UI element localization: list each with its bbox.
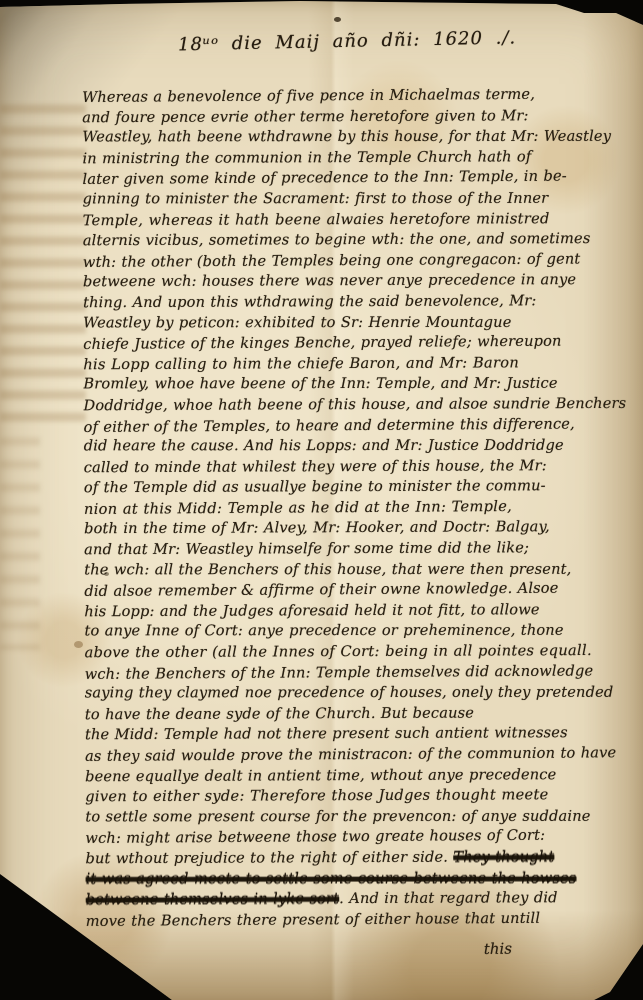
- manuscript-line: alternis vicibus, sometimes to begine wt…: [83, 229, 638, 252]
- text-segment: move the Benchers there present of eithe…: [86, 910, 540, 930]
- manuscript-line: Weastley, hath beene wthdrawne by this h…: [82, 127, 637, 148]
- manuscript-line: but wthout prejudice to the right of eit…: [85, 847, 640, 870]
- text-segment: the wch: all the Benchers of this house,…: [84, 560, 571, 578]
- manuscript-line: Weastley by peticon: exhibited to Sr: He…: [83, 312, 638, 333]
- text-segment: and that Mr: Weastley himselfe for some …: [84, 539, 529, 558]
- manuscript-line: given to either syde: Therefore those Ju…: [85, 785, 640, 808]
- text-segment: both in the time of Mr: Alvey, Mr: Hooke…: [84, 519, 550, 538]
- manuscript-line: thing. And upon this wthdrawing the said…: [83, 291, 638, 314]
- manuscript-line: did alsoe remember & affirme of their ow…: [84, 578, 639, 602]
- manuscript-line: as they said woulde prove the ministraco…: [85, 743, 640, 767]
- manuscript-line: Temple, whereas it hath beene alwaies he…: [83, 208, 638, 231]
- manuscript-line: move the Benchers there present of eithe…: [86, 908, 641, 932]
- text-segment: but wthout prejudice to the right of eit…: [85, 849, 453, 868]
- text-segment: ginning to minister the Sacrament: first…: [83, 190, 549, 208]
- manuscript-line: to settle some present course for the pr…: [85, 806, 640, 827]
- text-segment: his Lopp: and the Judges aforesaid held …: [84, 601, 539, 620]
- text-segment: Doddridge, whoe hath beene of this house…: [83, 395, 626, 414]
- text-segment: alternis vicibus, sometimes to begine wt…: [83, 230, 591, 249]
- manuscript-line: of either of the Temples, to heare and d…: [84, 414, 639, 438]
- text-segment: Weastley, hath beene wthdrawne by this h…: [82, 128, 611, 146]
- manuscript-line: his Lopp: and the Judges aforesaid held …: [84, 600, 639, 623]
- text-segment: . And in that regard they did: [339, 889, 558, 907]
- text-segment: Whereas a benevolence of five pence in M…: [82, 86, 535, 106]
- manuscript-line: to have the deane syde of the Church. Bu…: [85, 703, 640, 726]
- manuscript-line: it was agreed meete to settle some cours…: [86, 868, 641, 889]
- text-segment: the Midd: Temple had not there present s…: [85, 725, 568, 744]
- text-segment: to settle some present course for the pr…: [85, 808, 590, 826]
- text-segment: and foure pence evrie other terme hereto…: [82, 107, 528, 126]
- manuscript-line: nion at this Midd: Temple as he did at t…: [84, 496, 639, 520]
- manuscript-body: Whereas a benevolence of five pence in M…: [82, 85, 641, 947]
- text-segment: wch: the Benchers of the Inn: Temple the…: [85, 662, 594, 683]
- date-heading: 18ᵘᵒ die Maij año dñi: 1620 ./.: [178, 26, 598, 56]
- text-segment: Temple, whereas it hath beene alwaies he…: [83, 210, 550, 229]
- text-segment: Bromley, whoe have beene of the Inn: Tem…: [83, 375, 557, 393]
- text-segment: did alsoe remember & affirme of their ow…: [84, 580, 558, 600]
- text-segment: wth: the other (both the Temples being o…: [83, 250, 581, 270]
- verso-bleedthrough: [0, 98, 86, 428]
- manuscript-line: chiefe Justice of the kinges Benche, pra…: [83, 331, 638, 355]
- manuscript-line: Whereas a benevolence of five pence in M…: [82, 85, 637, 109]
- struck-text-segment: betweene themselves in lyke sort: [86, 890, 340, 908]
- text-segment: later given some kinde of precedence to …: [82, 168, 566, 188]
- manuscript-line: saying they claymed noe precedence of ho…: [85, 683, 640, 704]
- text-segment: chiefe Justice of the kinges Benche, pra…: [83, 333, 561, 353]
- text-segment: beene equallye dealt in antient time, wt…: [85, 766, 556, 785]
- struck-text-segment: it was agreed meete to settle some cours…: [86, 869, 577, 887]
- manuscript-line: his Lopp calling to him the chiefe Baron…: [83, 353, 638, 376]
- ink-speck: [334, 17, 341, 22]
- manuscript-line: later given some kinde of precedence to …: [82, 166, 637, 190]
- manuscript-line: to anye Inne of Cort: anye precedence or…: [84, 621, 639, 642]
- manuscript-line: both in the time of Mr: Alvey, Mr: Hooke…: [84, 517, 639, 540]
- stain-spot: [74, 641, 83, 648]
- text-segment: to have the deane syde of the Church. Bu…: [85, 704, 474, 723]
- manuscript-line: wch: might arise betweene those two grea…: [85, 825, 640, 849]
- manuscript-photo: 18ᵘᵒ die Maij año dñi: 1620 ./. Whereas …: [0, 0, 643, 1000]
- text-segment: above the other (all the Innes of Cort: …: [85, 642, 592, 661]
- manuscript-line: Doddridge, whoe hath beene of this house…: [83, 394, 638, 417]
- manuscript-line: of the Temple did as usuallye begine to …: [84, 476, 639, 499]
- text-segment: Weastley by peticon: exhibited to Sr: He…: [83, 313, 511, 331]
- manuscript-line: wth: the other (both the Temples being o…: [83, 249, 638, 273]
- manuscript-line: above the other (all the Innes of Cort: …: [85, 641, 640, 664]
- text-segment: as they said woulde prove the ministraco…: [85, 744, 616, 765]
- text-segment: betweene wch: houses there was never any…: [83, 271, 576, 290]
- text-segment: called to minde that whilest they were o…: [84, 457, 547, 476]
- manuscript-line: betweene themselves in lyke sort. And in…: [86, 888, 641, 911]
- text-segment: his Lopp calling to him the chiefe Baron…: [83, 354, 519, 373]
- manuscript-line: did heare the cause. And his Lopps: and …: [84, 436, 639, 457]
- manuscript-line: the wch: all the Benchers of this house,…: [84, 559, 639, 580]
- manuscript-line: and that Mr: Weastley himselfe for some …: [84, 538, 639, 561]
- text-segment: in ministring the communion in the Templ…: [82, 148, 531, 167]
- text-segment: wch: might arise betweene those two grea…: [85, 827, 545, 847]
- paper-sheet: 18ᵘᵒ die Maij año dñi: 1620 ./. Whereas …: [0, 0, 643, 1000]
- manuscript-line: Bromley, whoe have beene of the Inn: Tem…: [83, 374, 638, 395]
- manuscript-line: beene equallye dealt in antient time, wt…: [85, 764, 640, 787]
- text-segment: did heare the cause. And his Lopps: and …: [84, 437, 564, 455]
- manuscript-line: called to minde that whilest they were o…: [84, 455, 639, 478]
- manuscript-line: and foure pence evrie other terme hereto…: [82, 105, 637, 128]
- text-segment: nion at this Midd: Temple as he did at t…: [84, 498, 512, 518]
- text-segment: given to either syde: Therefore those Ju…: [85, 786, 548, 805]
- text-segment: to anye Inne of Cort: anye precedence or…: [84, 622, 563, 640]
- struck-text-segment: They thought: [453, 848, 554, 865]
- manuscript-line: wch: the Benchers of the Inn: Temple the…: [85, 661, 640, 685]
- text-segment: of either of the Temples, to heare and d…: [84, 415, 575, 435]
- verso-bleedthrough-lower: [0, 430, 40, 650]
- text-segment: thing. And upon this wthdrawing the said…: [83, 292, 536, 311]
- text-segment: saying they claymed noe precedence of ho…: [85, 684, 614, 702]
- manuscript-line: ginning to minister the Sacrament: first…: [83, 189, 638, 210]
- manuscript-line: betweene wch: houses there was never any…: [83, 270, 638, 293]
- text-segment: of the Temple did as usuallye begine to …: [84, 477, 546, 496]
- catchword: this: [0, 940, 512, 967]
